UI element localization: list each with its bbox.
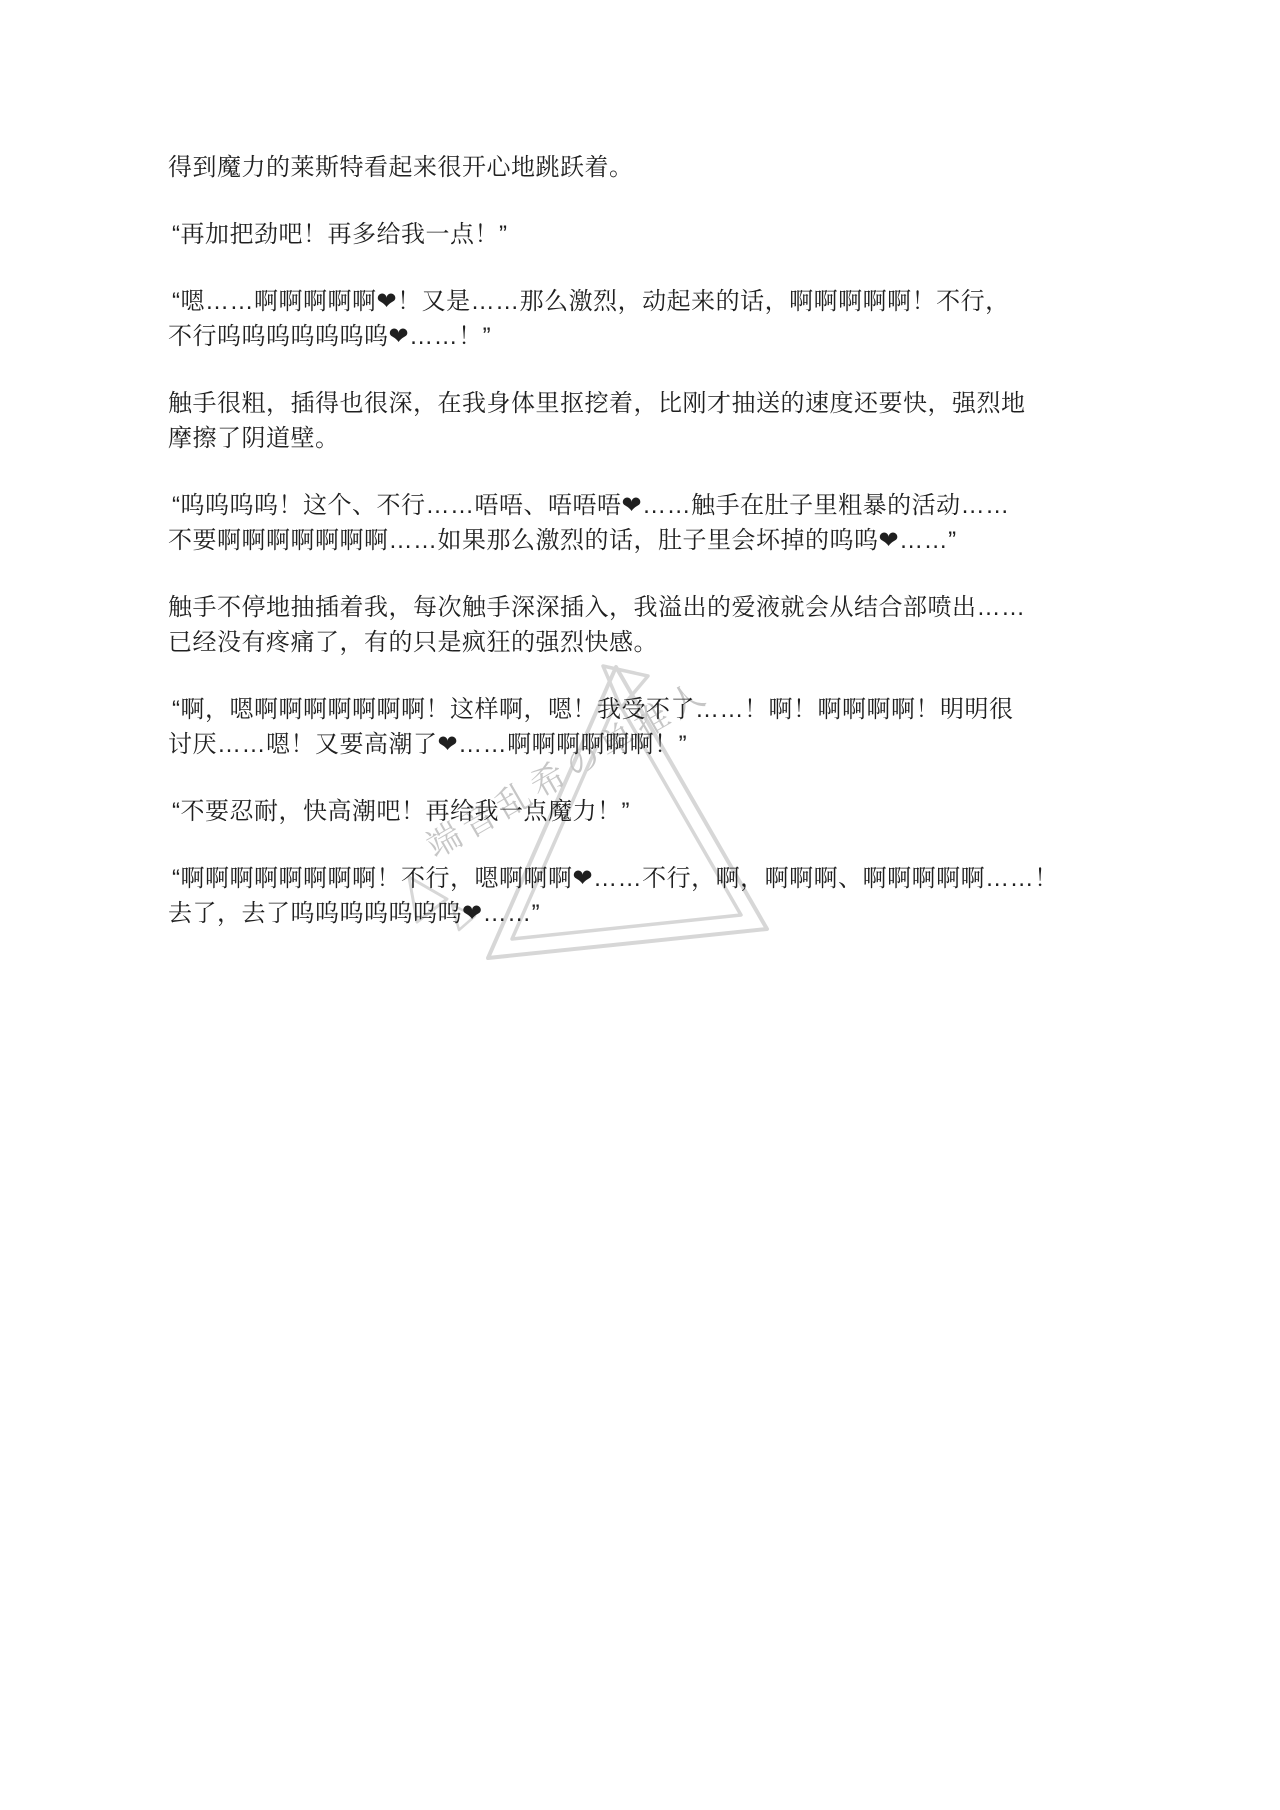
- paragraph-1: 得到魔力的莱斯特看起来很开心地跳跃着。: [168, 150, 1160, 185]
- text-content: 得到魔力的莱斯特看起来很开心地跳跃着。“再加把劲吧！再多给我一点！”“嗯……啊啊…: [168, 150, 1160, 931]
- paragraph-8: “不要忍耐，快高潮吧！再给我一点魔力！”: [168, 794, 1160, 829]
- paragraph-5: “呜呜呜呜！这个、不行……唔唔、唔唔唔❤︎……触手在肚子里粗暴的活动……不要啊啊…: [168, 488, 1160, 558]
- paragraph-6: 触手不停地抽插着我，每次触手深深插入，我溢出的爱液就会从结合部喷出……已经没有疼…: [168, 590, 1160, 660]
- document-page: 得到魔力的莱斯特看起来很开心地跳跃着。“再加把劲吧！再多给我一点！”“嗯……啊啊…: [0, 0, 1280, 931]
- document-viewer: { "page": { "background": "#ffffff", "te…: [0, 0, 1280, 1810]
- paragraph-3: “嗯……啊啊啊啊啊❤︎！又是……那么激烈，动起来的话，啊啊啊啊啊！不行，不行呜呜…: [168, 284, 1160, 354]
- paragraph-4: 触手很粗，插得也很深，在我身体里抠挖着，比刚才抽送的速度还要快，强烈地摩擦了阴道…: [168, 386, 1160, 456]
- paragraph-2: “再加把劲吧！再多给我一点！”: [168, 217, 1160, 252]
- paragraph-9: “啊啊啊啊啊啊啊啊！不行，嗯啊啊啊❤︎……不行，啊，啊啊啊、啊啊啊啊啊……！去了…: [168, 861, 1160, 931]
- paragraph-7: “啊，嗯啊啊啊啊啊啊啊！这样啊，嗯！我受不了……！啊！啊啊啊啊！明明很讨厌……嗯…: [168, 692, 1160, 762]
